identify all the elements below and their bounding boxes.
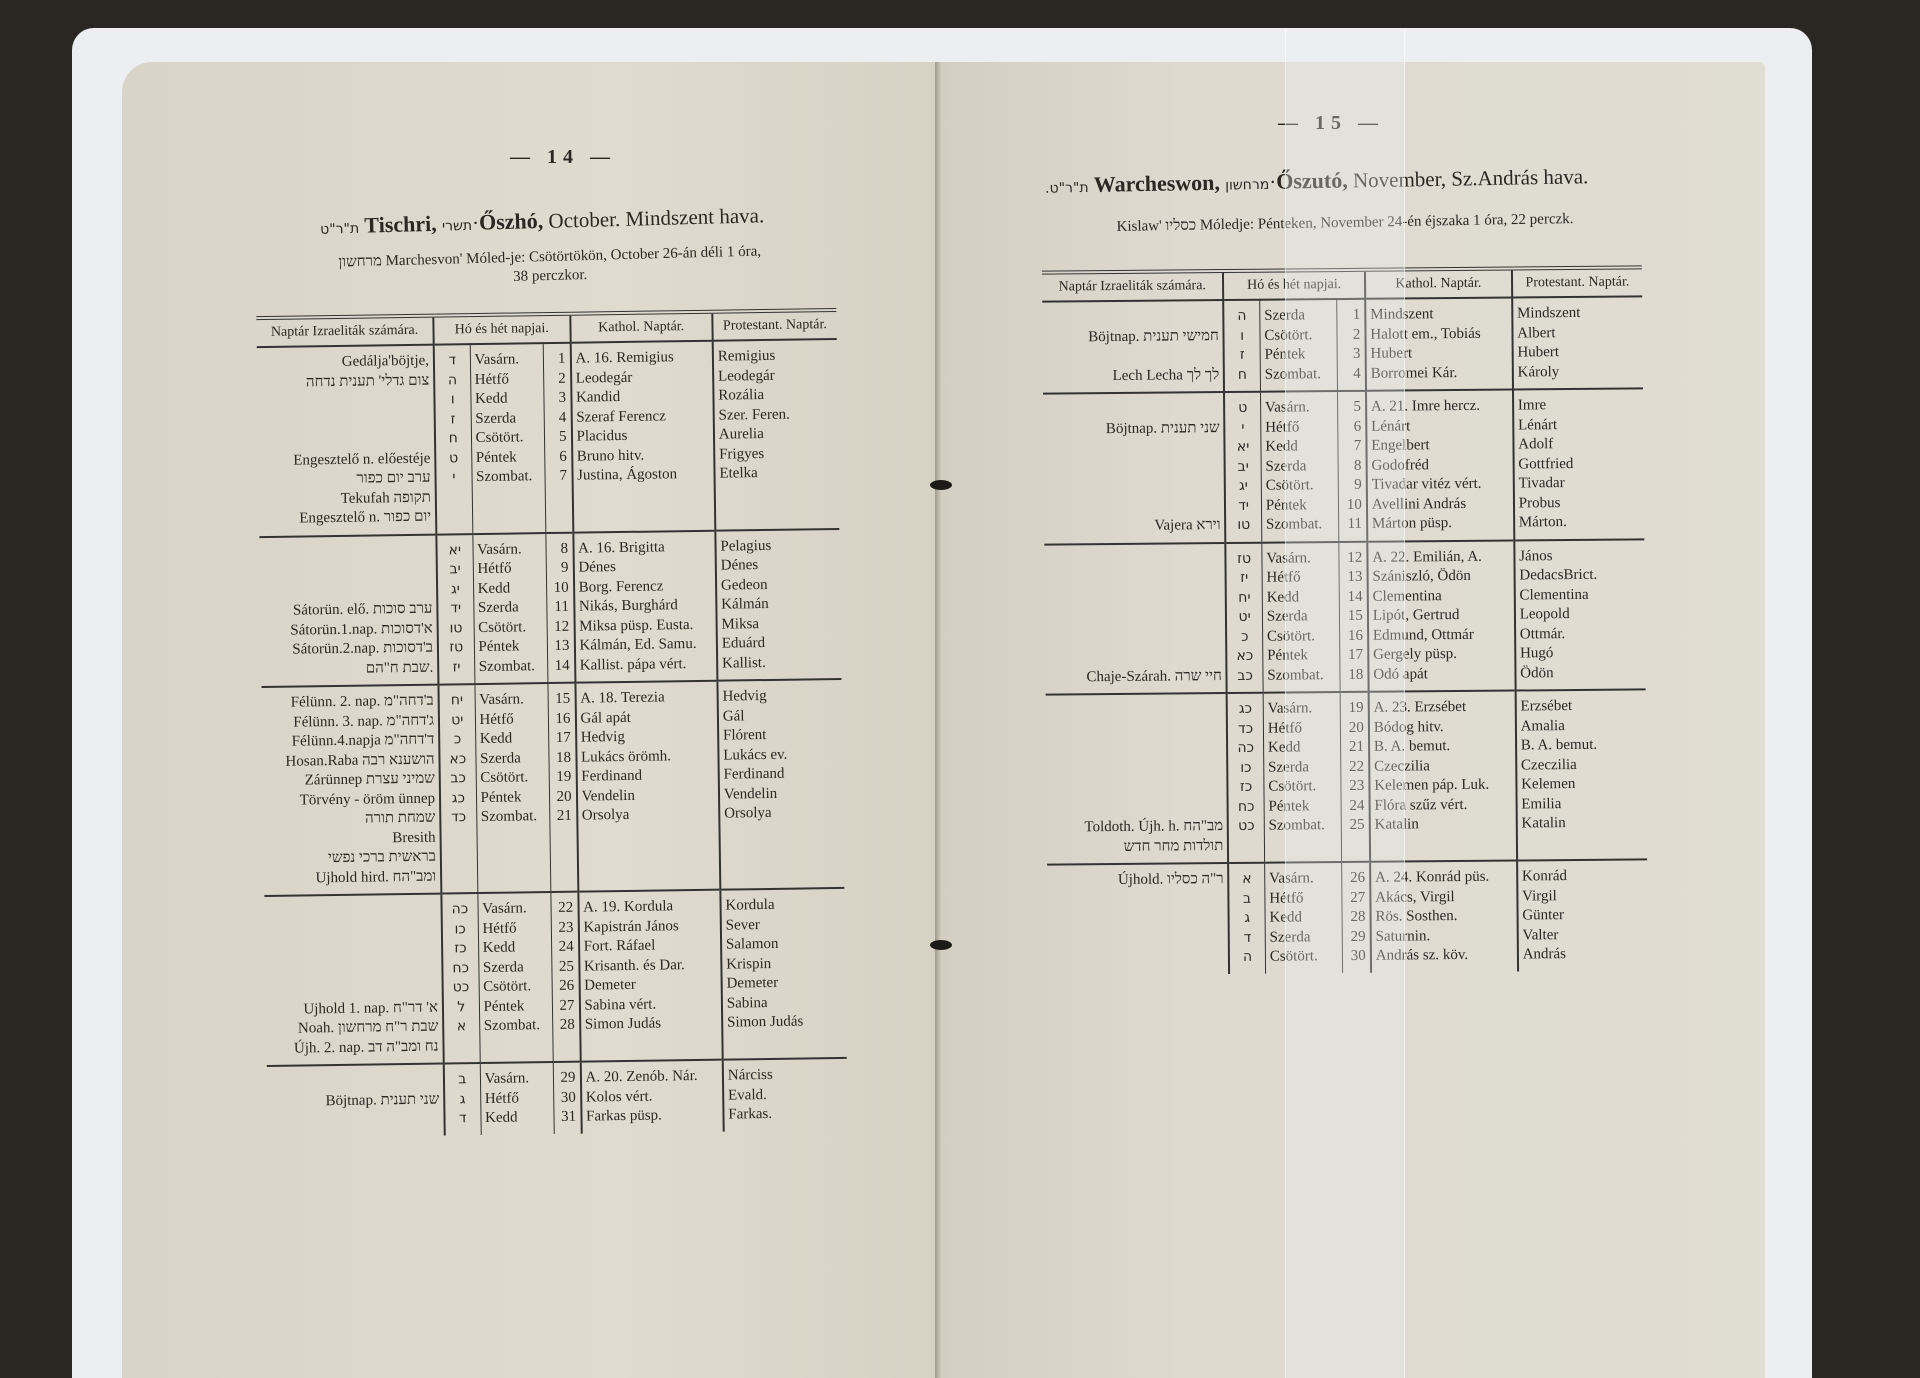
israelite-notes: Gedálja'böjtje,צום גדלי' תענית נדחהEnges… (257, 345, 437, 537)
israelite-notes: Sátorün. elő. ערב סוכותSátorün.1.nap. א'… (259, 534, 438, 687)
day-heb: טז (1231, 549, 1258, 569)
day-n: 31 (558, 1108, 576, 1128)
day-heb: כז (1233, 778, 1260, 798)
day-prot: Ödön (1520, 663, 1641, 684)
month-hebrew: מרחשון (1225, 177, 1269, 194)
day-prot: Erzsébet (1520, 696, 1641, 717)
day-prot: Czeczilia (1521, 755, 1642, 776)
israelite-note: Zárünnep שמיני עצרת (267, 770, 435, 792)
day-kat: Szeraf Ferencz (576, 406, 709, 427)
day-prot: Szer. Feren. (718, 405, 833, 426)
day-kat: Gál apát (580, 707, 713, 728)
day-heb: ב (1234, 889, 1261, 909)
day-heb: יח (1231, 588, 1258, 608)
column-dn: 1234567 (543, 343, 573, 533)
column-header: Kathol. Naptár. (570, 312, 713, 343)
day-wd: Hétfő (482, 919, 546, 939)
day-wd: Szerda (475, 409, 539, 429)
day-n: 6 (549, 447, 567, 467)
israelite-notes: Ujhold 1. nap. א' דר"חNoah. שבת ר"ח מרחש… (264, 894, 443, 1066)
day-kat: Kandid (576, 387, 709, 408)
day-kat: A. 18. Terezia (580, 688, 713, 709)
day-heb: יט (1231, 608, 1258, 628)
day-wd: Csötört. (475, 428, 539, 448)
israelite-note: Félünn.4.napja ד'דחה"מ (266, 731, 434, 753)
day-heb: ד (1234, 928, 1261, 948)
day-n: 4 (548, 408, 566, 428)
day-prot: Kordula (725, 895, 840, 916)
israelite-note: Engesztelő n. előestéje (262, 449, 430, 471)
day-heb: ח (440, 429, 467, 449)
day-heb: כא (444, 750, 471, 770)
israelite-note: Ujhold 1. nap. א' דר"ח (270, 998, 438, 1020)
column-dn: 15161718192021 (548, 683, 578, 892)
column-heb: יאיביגידטוטזיז (436, 534, 474, 685)
day-kat: Placidus (576, 426, 709, 447)
day-kat: Vendelin (581, 785, 714, 806)
day-kat: Kolos vért. (586, 1086, 719, 1107)
day-n: 21 (554, 807, 572, 827)
israelite-note: Gedálja'böjtje, (261, 352, 429, 374)
day-heb: ה (439, 371, 466, 391)
day-prot: Evald. (728, 1084, 843, 1105)
day-heb: כח (1233, 797, 1260, 817)
day-kat: Krisanth. és Dar. (584, 955, 717, 976)
column-heb: כגכדכהכוכזכחכט (1227, 693, 1264, 863)
column-heb: אבגדה (1228, 863, 1265, 974)
day-prot: Katalin (1521, 813, 1642, 834)
day-heb: ה (1234, 948, 1261, 968)
israelite-note (1051, 798, 1224, 819)
day-prot: János (1519, 546, 1640, 567)
day-heb: טו (1230, 516, 1257, 536)
israelite-note (1049, 589, 1222, 610)
day-n: 2 (548, 369, 566, 389)
israelite-note: Félünn. 3. nap. ג'דחה"מ (266, 711, 434, 733)
israelite-note (1047, 438, 1220, 459)
day-prot: Lénárt (1518, 415, 1639, 436)
week-row: Böjtnap. שני תעניתבגדVasárn.HétfőKedd293… (267, 1058, 848, 1138)
israelite-note (1049, 647, 1222, 668)
israelite-note (1049, 569, 1222, 590)
day-kat: Sabina vért. (584, 994, 717, 1015)
day-wd: Szombat. (484, 1016, 548, 1036)
day-prot: B. A. bemut. (1521, 735, 1642, 756)
israelite-note (263, 541, 431, 563)
day-prot: Simon Judás (727, 1012, 842, 1033)
column-heb: דהוזחטי (434, 344, 473, 534)
day-prot: Adolf (1518, 434, 1639, 455)
day-heb: כז (447, 939, 474, 959)
israelite-note: Bresith (267, 828, 435, 850)
day-n: 24 (556, 938, 574, 958)
day-kat: Orsolya (582, 805, 715, 826)
israelite-note: שמחת תורה (267, 809, 435, 831)
column-prot: ErzsébetAmaliaB. A. bemut.CzecziliaKelem… (1515, 689, 1647, 860)
day-prot: Frigyes (719, 444, 834, 465)
day-kat: Ferdinand (581, 766, 714, 787)
day-kat: Kálmán, Ed. Samu. (579, 635, 712, 656)
day-heb: ו (1229, 326, 1256, 346)
israelite-note: ערב יום כפור (262, 469, 430, 491)
israelite-note: תולדות מחר חדש (1051, 837, 1224, 858)
israelite-note (262, 410, 430, 432)
day-n: 20 (554, 787, 572, 807)
day-heb: כו (447, 920, 474, 940)
israelite-note: Toldoth. Újh. h. מב"הח (1051, 817, 1224, 838)
day-heb: יח (444, 691, 471, 711)
day-kat: Leodegár (576, 367, 709, 388)
day-n: 1 (547, 350, 565, 370)
day-prot: Aurelia (719, 424, 834, 445)
day-prot: Pelagius (720, 536, 835, 557)
israelite-notes: Félünn. 2. nap. ב'דחה"מFélünn. 3. nap. ג… (261, 685, 441, 896)
day-prot: Miksa (721, 614, 836, 635)
column-wd: Vasárn.HétfőKeddSzerdaCsötört.PéntekSzom… (470, 343, 546, 534)
day-wd: Vasárn. (477, 540, 541, 560)
day-wd: Vasárn. (484, 1069, 548, 1089)
day-prot: Imre (1518, 395, 1639, 416)
day-heb: יג (442, 580, 469, 600)
day-kat: Fort. Ráfael (584, 936, 717, 957)
day-prot: Etelka (719, 463, 834, 484)
day-prot: Konrád (1522, 866, 1643, 887)
day-heb: יד (1230, 496, 1257, 516)
column-dn: 891011121314 (545, 532, 575, 683)
day-heb: ח (1229, 365, 1256, 385)
day-heb: יב (1230, 457, 1257, 477)
column-prot: JánosDedacsBrict.ClementinaLeopoldOttmár… (1514, 539, 1646, 691)
day-wd: Kedd (478, 579, 542, 599)
column-heb: כהכוכזכחכטלא (441, 893, 479, 1063)
israelite-notes: Böjtnap. שני תעניתVajera וירא (1043, 392, 1226, 544)
israelite-note: Tekufah תקופה (263, 488, 431, 510)
israelite-note: Ujhold hird. ומב"הח (268, 867, 436, 889)
column-wd: Vasárn.HétfőKedd (480, 1062, 554, 1135)
israelite-note: Noah. שבת ר"ח מרחשון (270, 1018, 438, 1040)
day-kat: A. 19. Kordula (583, 897, 716, 918)
day-prot: Kelemen (1521, 774, 1642, 795)
israelite-note (268, 901, 436, 923)
day-prot: Clementina (1519, 585, 1640, 606)
israelite-note: Sátorün.2.nap. ב'דסוכות (265, 639, 433, 661)
column-prot: ImreLénártAdolfGottfriedTivadarProbusMár… (1513, 388, 1645, 540)
day-heb: ה (1229, 307, 1256, 327)
day-kat: A. 16. Brigitta (578, 537, 711, 558)
month-latin: Tischri, (364, 211, 437, 238)
day-n: 8 (550, 539, 568, 559)
day-heb: י (1230, 418, 1257, 438)
month-hebrew: תשרי (442, 218, 473, 235)
israelite-note (1048, 497, 1221, 518)
day-heb: א (448, 1017, 475, 1037)
day-prot: Tivadar (1518, 473, 1639, 494)
day-kat: Simon Judás (585, 1014, 718, 1035)
column-kat: A. 20. Zenób. Nár.Kolos vért.Farkas püsp… (580, 1060, 723, 1133)
day-prot: András (1523, 944, 1644, 965)
day-prot: Leodegár (718, 366, 833, 387)
day-kat: Bruno hitv. (577, 445, 710, 466)
staple-bottom (930, 940, 952, 950)
staple-top (930, 480, 952, 490)
day-wd: Kedd (483, 938, 547, 958)
day-heb: יט (444, 711, 471, 731)
israelite-note (269, 940, 437, 962)
adhesive-tape (1285, 28, 1405, 1378)
day-n: 11 (551, 598, 569, 618)
day-prot: Gedeon (721, 575, 836, 596)
day-prot: Leopold (1520, 604, 1641, 625)
book-gutter (935, 62, 941, 1378)
day-heb: יג (1230, 477, 1257, 497)
israelite-note (1050, 700, 1223, 721)
column-header: Protestant. Naptár. (1512, 267, 1643, 297)
day-wd: Péntek (483, 997, 547, 1017)
month-rest: October. Mindszent hava. (548, 203, 764, 233)
day-prot: Amalia (1521, 716, 1642, 737)
day-wd: Péntek (476, 448, 540, 468)
day-wd: Szombat. (481, 807, 545, 827)
israelite-note (1049, 608, 1222, 629)
day-heb: כג (445, 789, 472, 809)
day-heb: יא (1230, 438, 1257, 458)
israelite-note: Hosan.Raba הושענא רבה (266, 750, 434, 772)
day-prot: Demeter (726, 973, 841, 994)
day-heb: א (1234, 870, 1261, 890)
israelite-note (1050, 759, 1223, 780)
day-prot: Sever (726, 914, 841, 935)
israelite-note: שבת ח"הם. (265, 658, 433, 680)
day-kat: Justina, Ágoston (577, 465, 710, 486)
day-heb: כג (1232, 700, 1259, 720)
day-prot: Hedvig (722, 686, 837, 707)
column-prot: MindszentAlbertHubertKároly (1512, 296, 1643, 389)
day-wd: Vasárn. (479, 690, 543, 710)
day-prot: Kallist. (722, 653, 837, 674)
day-heb: ד (439, 351, 466, 371)
day-n: 9 (550, 559, 568, 579)
day-prot: Salamon (726, 934, 841, 955)
hebrew-year: ת"ר"ט (320, 221, 359, 238)
day-prot: Remigius (718, 346, 833, 367)
israelite-note (270, 979, 438, 1001)
day-heb: ג (1234, 909, 1261, 929)
day-prot: Eduárd (722, 633, 837, 654)
israelite-note: Böjtnap. שני תענית (1047, 419, 1220, 440)
israelite-note (1047, 399, 1220, 420)
day-heb: כה (447, 900, 474, 920)
day-heb: כט (1233, 817, 1260, 837)
day-wd: Hétfő (479, 710, 543, 730)
day-heb: יד (442, 599, 469, 619)
israelite-note (1050, 720, 1223, 741)
day-wd: Szerda (483, 958, 547, 978)
column-prot: PelagiusDénesGedeonKálmánMiksaEduárdKall… (715, 528, 841, 680)
day-n: 30 (558, 1088, 576, 1108)
day-heb: ז (440, 410, 467, 430)
israelite-note: Törvény - öröm ünnep (267, 789, 435, 811)
day-kat: Kallist. pápa vért. (580, 654, 713, 675)
day-wd: Péntek (478, 637, 542, 657)
column-header: Protestant. Naptár. (712, 310, 837, 341)
israelite-note: Félünn. 2. nap. ב'דחה"מ (266, 692, 434, 714)
day-prot: Márton. (1519, 512, 1640, 533)
day-wd: Csötört. (480, 768, 544, 788)
day-prot: Gál (723, 706, 838, 727)
day-heb: יב (442, 560, 469, 580)
israelite-note (1048, 550, 1221, 571)
israelite-note (1049, 628, 1222, 649)
day-prot: Hubert (1517, 342, 1638, 363)
day-wd: Vasárn. (482, 899, 546, 919)
day-kat: Borg. Ferencz (579, 576, 712, 597)
israelite-note (1050, 739, 1223, 760)
column-prot: HedvigGálFlórentLukács ev.FerdinandVende… (717, 679, 844, 890)
day-heb: טו (443, 619, 470, 639)
day-n: 5 (548, 428, 566, 448)
israelite-note (1046, 307, 1219, 328)
israelite-note: Chaje-Szárah. חיי שרה (1049, 667, 1222, 688)
day-heb: כד (445, 808, 472, 828)
day-prot: Károly (1517, 362, 1638, 383)
israelite-note: Újhold. ר"ה כסליו (1051, 870, 1224, 891)
day-prot: Ferdinand (723, 764, 838, 785)
day-prot: Virgil (1522, 886, 1643, 907)
day-n: 14 (552, 656, 570, 676)
column-prot: NárcissEvald.Farkas. (723, 1058, 848, 1131)
day-heb: כט (448, 978, 475, 998)
day-heb: ג (449, 1090, 476, 1110)
israelite-note: צום גדלי' תענית נדחה (261, 371, 429, 393)
column-prot: KonrádVirgilGünterValterAndrás (1517, 859, 1648, 971)
israelite-note: Vajera וירא (1048, 516, 1221, 537)
column-dn: 293031 (553, 1062, 581, 1134)
day-heb: ו (439, 390, 466, 410)
day-heb: יז (1231, 569, 1258, 589)
day-prot: Vendelin (724, 784, 839, 805)
israelite-note: Böjtnap. שני תענית (271, 1090, 439, 1112)
day-prot: Albert (1517, 323, 1638, 344)
day-prot: Orsolya (724, 803, 839, 824)
day-prot: Nárciss (728, 1065, 843, 1086)
day-n: 28 (557, 1016, 575, 1036)
week-row: Félünn. 2. nap. ב'דחה"מFélünn. 3. nap. ג… (261, 679, 844, 896)
column-wd: Vasárn.HétfőKeddSzerdaCsötört.PéntekSzom… (477, 892, 552, 1063)
israelite-notes: Toldoth. Újh. h. מב"החתולדות מחר חדש (1046, 693, 1229, 865)
day-wd: Hétfő (477, 559, 541, 579)
day-n: 13 (551, 637, 569, 657)
molad-line-2: 38 perczkor. (513, 267, 588, 285)
day-prot: Kálmán (721, 594, 836, 615)
day-wd: Szombat. (479, 657, 543, 677)
day-heb: י (440, 468, 467, 488)
column-heb: בגד (444, 1063, 481, 1135)
column-wd: Vasárn.HétfőKeddSzerdaCsötört.PéntekSzom… (472, 533, 547, 685)
column-kat: A. 16. RemigiusLeodegárKandidSzeraf Fere… (570, 341, 715, 532)
day-n: 15 (552, 690, 570, 710)
day-n: 23 (555, 918, 573, 938)
day-heb: כה (1232, 739, 1259, 759)
day-heb: כ (1231, 627, 1258, 647)
israelite-note: Engesztelő n. יום כפור (263, 508, 431, 530)
column-header: Naptár Izraeliták számára. (256, 316, 433, 347)
day-heb: יז (443, 658, 470, 678)
day-wd: Szerda (480, 749, 544, 769)
day-heb: ט (1229, 399, 1256, 419)
page-number-left: — 14 — (510, 146, 616, 169)
month-latin: Warcheswon, (1094, 170, 1221, 197)
day-wd: Hétfő (475, 370, 539, 390)
israelite-note (1048, 458, 1221, 479)
day-kat: Farkas püsp. (586, 1106, 719, 1127)
day-n: 3 (548, 389, 566, 409)
day-prot: Ottmár. (1520, 624, 1641, 645)
day-prot: Krispin (726, 953, 841, 974)
column-heb: טייאיביגידטו (1224, 392, 1261, 543)
day-prot: Sabina (727, 992, 842, 1013)
israelite-note (269, 920, 437, 942)
day-n: 26 (556, 977, 574, 997)
israelite-note (269, 959, 437, 981)
day-heb: ל (448, 998, 475, 1018)
day-prot: Gottfried (1518, 454, 1639, 475)
day-heb: ב (449, 1070, 476, 1090)
day-heb: כא (1232, 647, 1259, 667)
day-heb: כד (1232, 719, 1259, 739)
day-kat: Hedvig (581, 727, 714, 748)
day-wd: Kedd (480, 729, 544, 749)
day-heb: כב (445, 769, 472, 789)
day-wd: Kedd (485, 1108, 549, 1128)
column-prot: KordulaSeverSalamonKrispinDemeterSabinaS… (720, 888, 847, 1060)
day-prot: Emilia (1521, 794, 1642, 815)
day-wd: Csötört. (478, 618, 542, 638)
day-kat: Dénes (578, 557, 711, 578)
column-heb: הוזח (1224, 300, 1261, 392)
day-prot: Flórent (723, 725, 838, 746)
israelite-note (271, 1110, 439, 1132)
israelite-note: בראשית ברכי נפשי (268, 848, 436, 870)
day-prot: Günter (1522, 905, 1643, 926)
day-n: 27 (556, 996, 574, 1016)
day-kat: A. 16. Remigius (575, 348, 708, 369)
column-kat: A. 19. KordulaKapistrán JánosFort. Ráfae… (578, 890, 723, 1062)
israelite-note (1047, 346, 1220, 367)
day-heb: כח (447, 959, 474, 979)
day-kat: Kapistrán János (583, 916, 716, 937)
day-n: 19 (553, 768, 571, 788)
day-heb: טז (443, 638, 470, 658)
israelite-notes: Újhold. ר"ה כסליו (1047, 863, 1229, 975)
day-kat: Lukács örömh. (581, 746, 714, 767)
day-heb: ט (440, 449, 467, 469)
israelite-note (1050, 778, 1223, 799)
column-prot: RemigiusLeodegárRozáliaSzer. Feren.Aurel… (713, 339, 840, 530)
israelite-note (271, 1071, 439, 1093)
column-wd: Vasárn.HétfőKeddSzerdaCsötört.PéntekSzom… (474, 683, 550, 893)
day-n: 25 (556, 957, 574, 977)
israelite-note: Sátorün.1.nap. א'דסוכות (265, 619, 433, 641)
day-n: 17 (553, 729, 571, 749)
day-kat: Miksa püsp. Eusta. (579, 615, 712, 636)
day-kat: Demeter (584, 975, 717, 996)
day-wd: Péntek (480, 788, 544, 808)
column-kat: A. 16. BrigittaDénesBorg. FerenczNikás, … (573, 530, 717, 682)
week-row: Ujhold 1. nap. א' דר"חNoah. שבת ר"ח מרחש… (264, 888, 846, 1066)
day-n: 7 (549, 467, 567, 487)
week-row: Gedálja'böjtje,צום גדלי' תענית נדחהEnges… (257, 339, 840, 537)
day-n: 29 (557, 1069, 575, 1089)
